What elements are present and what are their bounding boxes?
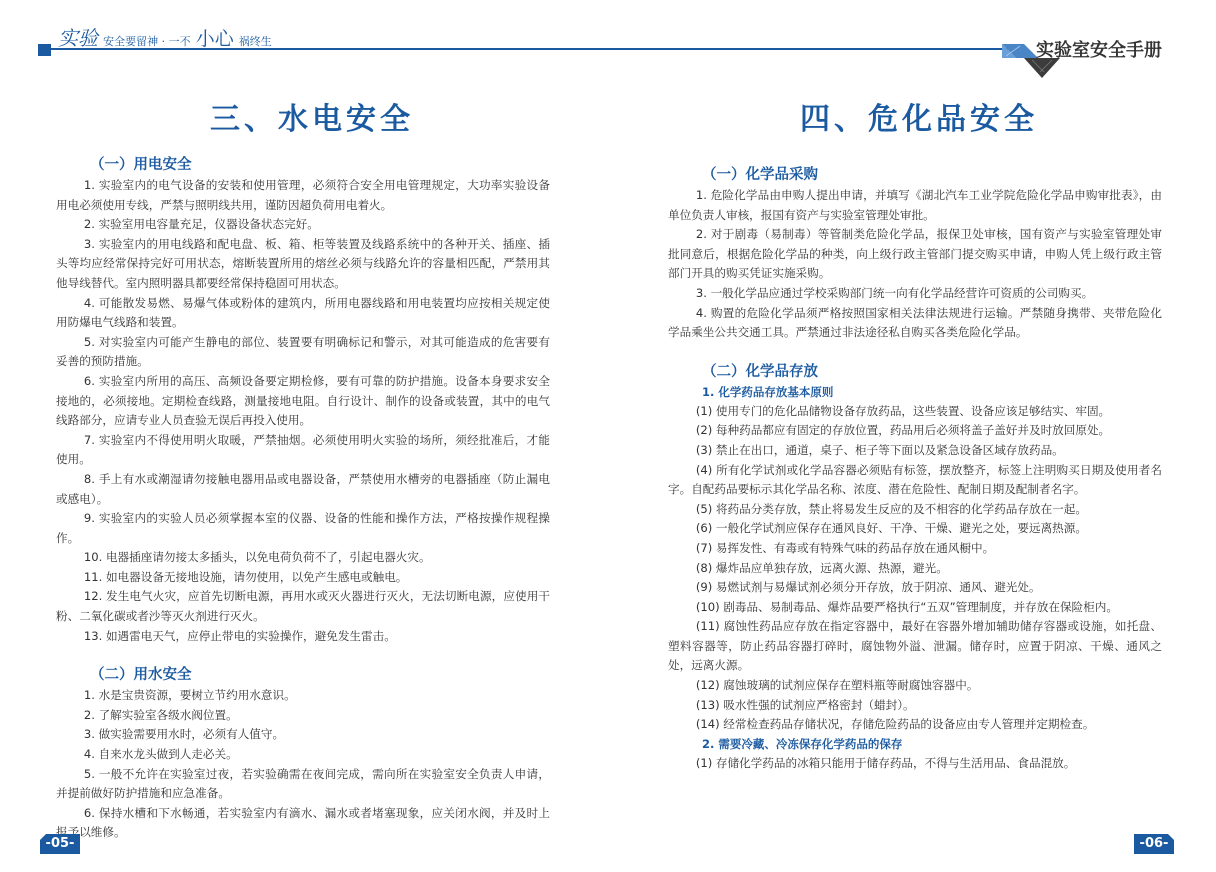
list-item: 4. 购置的危险化学品须严格按照国家相关法律法规进行运输。严禁随身携带、夹带危险… <box>668 304 1162 343</box>
section-heading-water: （二）用水安全 <box>56 664 550 686</box>
list-item: 9. 实验室内的实验人员必须掌握本室的仪器、设备的性能和操作方法，严格按操作规程… <box>56 509 550 548</box>
list-item: 3. 做实验需要用水时，必须有人值守。 <box>56 725 550 745</box>
list-item: (1) 存储化学药品的冰箱只能用于储存药品，不得与生活用品、食品混放。 <box>668 754 1162 774</box>
slogan-part-1: 实验 <box>58 26 98 50</box>
list-item: 8. 手上有水或潮湿请勿接触电器用品或电器设备，严禁使用水槽旁的电器插座（防止漏… <box>56 470 550 509</box>
list-item: (9) 易燃试剂与易爆试剂必须分开存放，放于阴凉、通风、避光处。 <box>668 578 1162 598</box>
list-item: (2) 每种药品都应有固定的存放位置，药品用后必须将盖子盖好并及时放回原处。 <box>668 421 1162 441</box>
list-item: (14) 经常检查药品存储状况，存储危险药品的设备应由专人管理并定期检查。 <box>668 715 1162 735</box>
list-item: (11) 腐蚀性药品应存放在指定容器中，最好在容器外增加辅助储存容器或设施，如托… <box>668 617 1162 676</box>
page-number-right: -06- <box>1134 834 1174 854</box>
list-item: (6) 一般化学试剂应保存在通风良好、干净、干燥、避光之处，要远离热源。 <box>668 519 1162 539</box>
page-number-left: -05- <box>40 834 80 854</box>
list-item: 4. 自来水龙头做到人走必关。 <box>56 745 550 765</box>
slogan-part-2: 安全要留神 · 一不 <box>103 35 191 48</box>
slogan-part-3: 小心 <box>196 28 234 50</box>
section-heading-procurement: （一）化学品采购 <box>668 164 1162 186</box>
book-title: 实验室安全手册 <box>1036 36 1162 62</box>
list-item: (5) 将药品分类存放，禁止将易发生反应的及不相容的化学药品存放在一起。 <box>668 500 1162 520</box>
section-heading-storage: （二）化学品存放 <box>668 361 1162 383</box>
list-item: (4) 所有化学试剂或化学品容器必须贴有标签，摆放整齐，标签上注明购买日期及使用… <box>668 461 1162 500</box>
list-item: (7) 易挥发性、有毒或有特殊气味的药品存放在通风橱中。 <box>668 539 1162 559</box>
left-page-body: （一）用电安全 1. 实验室内的电气设备的安装和使用管理，必须符合安全用电管理规… <box>56 154 550 843</box>
list-item: 11. 如电器设备无接地设施，请勿使用，以免产生感电或触电。 <box>56 568 550 588</box>
list-item: 3. 实验室内的用电线路和配电盘、板、箱、柜等装置及线路系统中的各种开关、插座、… <box>56 235 550 294</box>
list-item: 7. 实验室内不得使用明火取暖，严禁抽烟。必须使用明火实验的场所，须经批准后，才… <box>56 431 550 470</box>
header-slogan: 实验 安全要留神 · 一不 小心 祸终生 <box>58 22 272 51</box>
slogan-part-4: 祸终生 <box>239 35 272 48</box>
right-page-body: （一）化学品采购 1. 危险化学品由申购人提出申请，并填写《湖北汽车工业学院危险… <box>668 164 1162 773</box>
list-item: 5. 一般不允许在实验室过夜，若实验确需在夜间完成，需向所在实验室安全负责人申请… <box>56 765 550 804</box>
list-item: 12. 发生电气火灾，应首先切断电源，再用水或灭火器进行灭火，无法切断电源，应使… <box>56 587 550 626</box>
list-item: 5. 对实验室内可能产生静电的部位、装置要有明确标记和警示，对其可能造成的危害要… <box>56 333 550 372</box>
list-item: 6. 保持水槽和下水畅通，若实验室内有滴水、漏水或者堵塞现象，应关闭水阀，并及时… <box>56 804 550 843</box>
list-item: 2. 实验室用电容量充足，仪器设备状态完好。 <box>56 215 550 235</box>
list-item: (12) 腐蚀玻璃的试剂应保存在塑料瓶等耐腐蚀容器中。 <box>668 676 1162 696</box>
right-page-title: 四、危化品安全 <box>800 94 1038 138</box>
list-item: 1. 实验室内的电气设备的安装和使用管理，必须符合安全用电管理规定，大功率实验设… <box>56 176 550 215</box>
list-item: 2. 了解实验室各级水阀位置。 <box>56 706 550 726</box>
list-item: (1) 使用专门的危化品储物设备存放药品，这些装置、设备应该足够结实、牢固。 <box>668 402 1162 422</box>
list-item: 1. 危险化学品由申购人提出申请，并填写《湖北汽车工业学院危险化学品申购审批表》… <box>668 186 1162 225</box>
header-square-mark <box>38 44 51 56</box>
list-item: 3. 一般化学品应通过学校采购部门统一向有化学品经营许可资质的公司购买。 <box>668 284 1162 304</box>
list-item: 2. 对于剧毒（易制毒）等管制类危险化学品，报保卫处审核，国有资产与实验室管理处… <box>668 225 1162 284</box>
list-item: 13. 如遇雷电天气，应停止带电的实验操作，避免发生雷击。 <box>56 627 550 647</box>
list-item: 6. 实验室内所用的高压、高频设备要定期检修，要有可靠的防护措施。设备本身要求安… <box>56 372 550 431</box>
list-item: (3) 禁止在出口，通道，桌子、柜子等下面以及紧急设备区域存放药品。 <box>668 441 1162 461</box>
list-item: 10. 电器插座请勿接太多插头，以免电荷负荷不了，引起电器火灾。 <box>56 548 550 568</box>
section-heading-electricity: （一）用电安全 <box>56 154 550 176</box>
list-item: (8) 爆炸品应单独存放，远离火源、热源，避光。 <box>668 559 1162 579</box>
list-item: (13) 吸水性强的试剂应严格密封（蜡封）。 <box>668 696 1162 716</box>
list-item: 1. 水是宝贵资源，要树立节约用水意识。 <box>56 686 550 706</box>
subsection-heading-principles: 1. 化学药品存放基本原则 <box>668 383 1162 402</box>
left-page-title: 三、水电安全 <box>210 94 414 138</box>
list-item: 4. 可能散发易燃、易爆气体或粉体的建筑内，所用电器线路和用电装置均应按相关规定… <box>56 294 550 333</box>
list-item: (10) 剧毒品、易制毒品、爆炸品要严格执行“五双”管理制度，并存放在保险柜内。 <box>668 598 1162 618</box>
subsection-heading-refrigeration: 2. 需要冷藏、冷冻保存化学药品的保存 <box>668 735 1162 754</box>
